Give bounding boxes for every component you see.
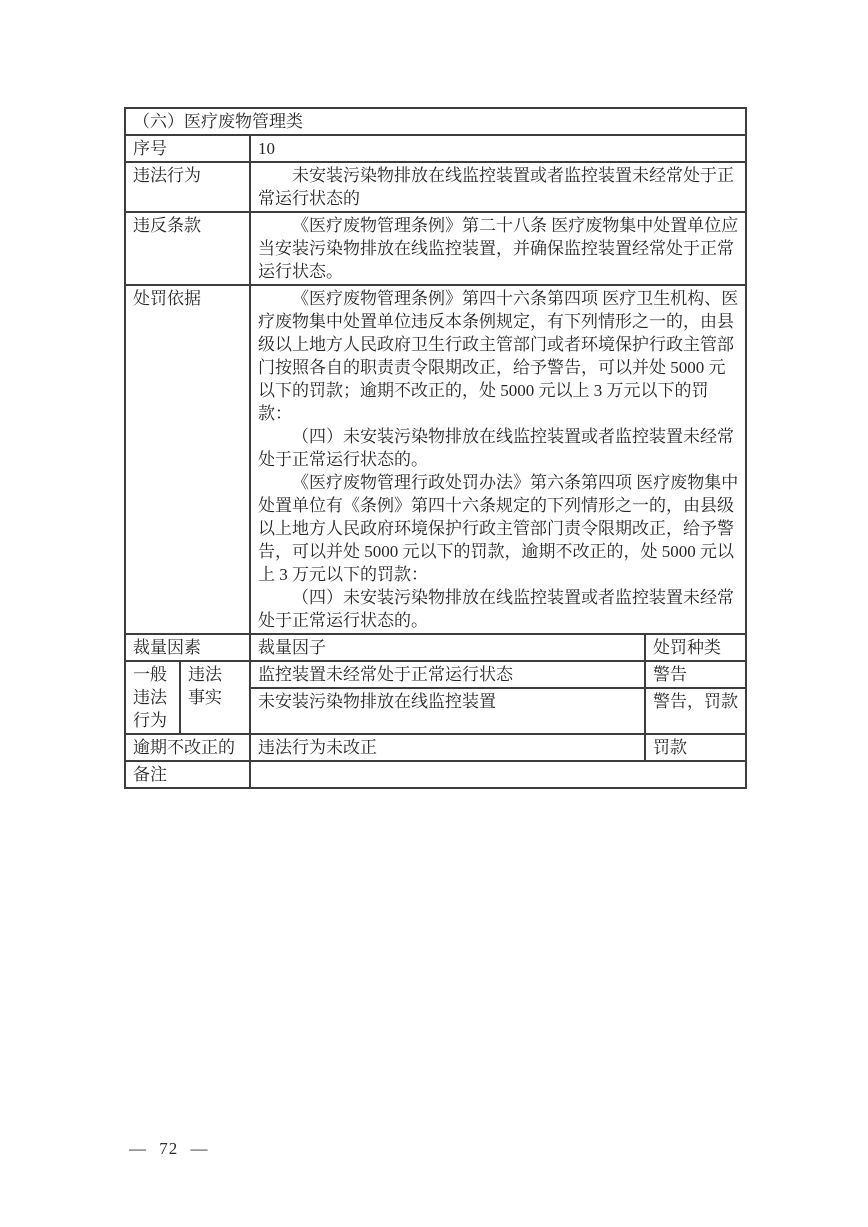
penalty-basis-paragraph: 《医疗废物管理条例》第四十六条第四项 医疗卫生机构、医疗废物集中处置单位违反本条… <box>258 287 739 425</box>
penalty-basis-value-cell: 《医疗废物管理条例》第四十六条第四项 医疗卫生机构、医疗废物集中处置单位违反本条… <box>250 285 746 634</box>
category-header-cell: （六）医疗废物管理类 <box>125 108 746 135</box>
violated-clause-text: 《医疗废物管理条例》第二十八条 医疗废物集中处置单位应当安装污染物排放在线监控装… <box>258 214 739 283</box>
violated-clause-label-cell: 违反条款 <box>125 212 250 285</box>
illegal-act-text: 未安装污染物排放在线监控装置或者监控装置未经常处于正常运行状态的 <box>258 164 739 210</box>
penalty-discretion-table: （六）医疗废物管理类 序号 10 违法行为 未安装污染物排放在线监控装置或者监控… <box>124 107 747 789</box>
serial-label-cell: 序号 <box>125 135 250 162</box>
violation-fact-label-cell: 违法事实 <box>180 661 250 734</box>
overdue-label-cell: 逾期不改正的 <box>125 734 250 761</box>
page-number: — 72 — <box>129 1139 209 1159</box>
overdue-factor-cell: 违法行为未改正 <box>250 734 645 761</box>
penalty-basis-paragraph: 《医疗废物管理行政处罚办法》第六条第四项 医疗废物集中处置单位有《条例》第四十六… <box>258 471 739 586</box>
illegal-act-label-cell: 违法行为 <box>125 162 250 212</box>
penalty-type-cell: 警告 <box>645 661 746 688</box>
overdue-penalty-cell: 罚款 <box>645 734 746 761</box>
remarks-label-cell: 备注 <box>125 761 250 788</box>
penalty-basis-label-cell: 处罚依据 <box>125 285 250 634</box>
serial-value-cell: 10 <box>250 135 746 162</box>
penalty-basis-paragraph: （四）未安装污染物排放在线监控装置或者监控装置未经常处于正常运行状态的。 <box>258 586 739 632</box>
document-page: （六）医疗废物管理类 序号 10 违法行为 未安装污染物排放在线监控装置或者监控… <box>0 0 868 1227</box>
illegal-act-value-cell: 未安装污染物排放在线监控装置或者监控装置未经常处于正常运行状态的 <box>250 162 746 212</box>
penalty-basis-paragraph: （四）未安装污染物排放在线监控装置或者监控装置未经常处于正常运行状态的。 <box>258 425 739 471</box>
discretion-factor-header-cell: 裁量因子 <box>250 634 645 661</box>
general-violation-category-cell: 一般违法行为 <box>125 661 180 734</box>
violation-fact-label: 违法事实 <box>188 663 225 709</box>
remarks-value-cell <box>250 761 746 788</box>
discretion-factor-category-header-cell: 裁量因素 <box>125 634 250 661</box>
discretion-factor-cell: 监控装置未经常处于正常运行状态 <box>250 661 645 688</box>
penalty-type-header-cell: 处罚种类 <box>645 634 746 661</box>
violated-clause-value-cell: 《医疗废物管理条例》第二十八条 医疗废物集中处置单位应当安装污染物排放在线监控装… <box>250 212 746 285</box>
penalty-type-cell: 警告，罚款 <box>645 688 746 734</box>
discretion-factor-cell: 未安装污染物排放在线监控装置 <box>250 688 645 734</box>
